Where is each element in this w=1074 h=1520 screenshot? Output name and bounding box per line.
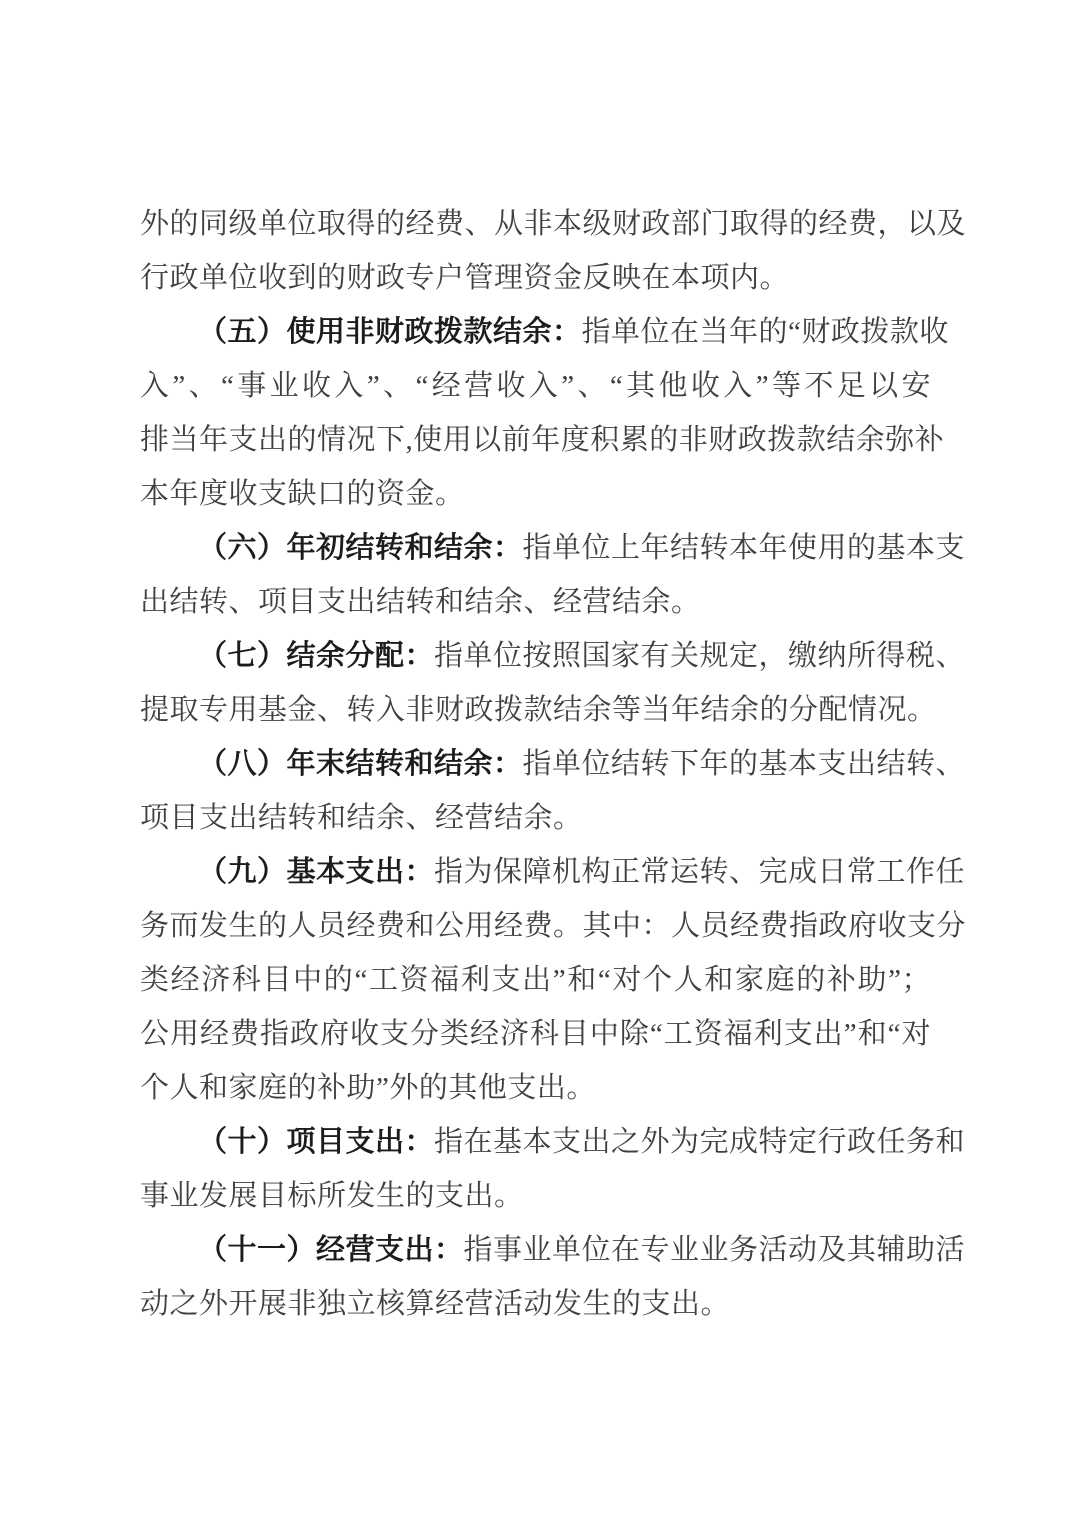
text-line-19: 事业发展目标所发生的支出。 (140, 1169, 931, 1223)
body-text-segment: 指单位在当年的“财政拨款收 (582, 316, 949, 348)
text-line-14: 务而发生的人员经费和公用经费。其中：人员经费指政府收支分 (140, 899, 931, 953)
body-text-segment: 类经济科目中的“工资福利支出”和“对个人和家庭的补助”； (140, 964, 931, 996)
body-text-segment: 动之外开展非独立核算经营活动发生的支出。 (140, 1288, 730, 1320)
text-line-1: 外的同级单位取得的经费、从非本级财政部门取得的经费，以及 (140, 197, 931, 251)
text-line-21: 动之外开展非独立核算经营活动发生的支出。 (140, 1277, 931, 1331)
item-heading-segment: （十）项目支出： (198, 1126, 434, 1158)
body-text-segment: 指事业单位在专业业务活动及其辅助活 (464, 1234, 966, 1266)
text-line-10: 提取专用基金、转入非财政拨款结余等当年结余的分配情况。 (140, 683, 931, 737)
text-line-3: （五）使用非财政拨款结余：指单位在当年的“财政拨款收 (140, 305, 931, 359)
document-page: 外的同级单位取得的经费、从非本级财政部门取得的经费，以及行政单位收到的财政专户管… (0, 0, 1074, 1520)
text-line-20: （十一）经营支出：指事业单位在专业业务活动及其辅助活 (140, 1223, 931, 1277)
body-text-segment: 事业发展目标所发生的支出。 (140, 1180, 524, 1212)
text-line-8: 出结转、项目支出结转和结余、经营结余。 (140, 575, 931, 629)
text-line-4: 入”、“事业收入”、“经营收入”、“其他收入”等不足以安 (140, 359, 931, 413)
body-text-segment: 项目支出结转和结余、经营结余。 (140, 802, 583, 834)
body-text-segment: 指单位按照国家有关规定，缴纳所得税、 (434, 640, 965, 672)
text-line-15: 类经济科目中的“工资福利支出”和“对个人和家庭的补助”； (140, 953, 931, 1007)
body-text-segment: 提取专用基金、转入非财政拨款结余等当年结余的分配情况。 (140, 694, 937, 726)
body-text-segment: 个人和家庭的补助”外的其他支出。 (140, 1072, 596, 1104)
body-text-segment: 入”、“事业收入”、“经营收入”、“其他收入”等不足以安 (140, 370, 931, 402)
text-line-5: 排当年支出的情况下,使用以前年度积累的非财政拨款结余弥补 (140, 413, 931, 467)
text-line-7: （六）年初结转和结余：指单位上年结转本年使用的基本支 (140, 521, 931, 575)
body-text-segment: 行政单位收到的财政专户管理资金反映在本项内。 (140, 262, 789, 294)
body-text-segment: 公用经费指政府收支分类经济科目中除“工资福利支出”和“对 (140, 1018, 931, 1050)
text-line-11: （八）年末结转和结余：指单位结转下年的基本支出结转、 (140, 737, 931, 791)
body-text-segment: 指在基本支出之外为完成特定行政任务和 (434, 1126, 965, 1158)
item-heading-segment: （八）年末结转和结余： (198, 748, 523, 780)
body-text-segment: 指单位上年结转本年使用的基本支 (523, 532, 966, 564)
body-text-segment: 指为保障机构正常运转、完成日常工作任 (434, 856, 965, 888)
item-heading-segment: （十一）经营支出： (198, 1234, 464, 1266)
body-text-segment: 外的同级单位取得的经费、从非本级财政部门取得的经费，以及 (140, 208, 966, 240)
item-heading-segment: （六）年初结转和结余： (198, 532, 523, 564)
item-heading-segment: （九）基本支出： (198, 856, 434, 888)
body-text-segment: 出结转、项目支出结转和结余、经营结余。 (140, 586, 701, 618)
text-line-18: （十）项目支出：指在基本支出之外为完成特定行政任务和 (140, 1115, 931, 1169)
text-line-6: 本年度收支缺口的资金。 (140, 467, 931, 521)
text-line-16: 公用经费指政府收支分类经济科目中除“工资福利支出”和“对 (140, 1007, 931, 1061)
text-line-17: 个人和家庭的补助”外的其他支出。 (140, 1061, 931, 1115)
text-line-9: （七）结余分配：指单位按照国家有关规定，缴纳所得税、 (140, 629, 931, 683)
body-text-segment: 本年度收支缺口的资金。 (140, 478, 465, 510)
item-heading-segment: （五）使用非财政拨款结余： (198, 316, 582, 348)
document-text-block: 外的同级单位取得的经费、从非本级财政部门取得的经费，以及行政单位收到的财政专户管… (140, 197, 931, 1331)
text-line-13: （九）基本支出：指为保障机构正常运转、完成日常工作任 (140, 845, 931, 899)
body-text-segment: 指单位结转下年的基本支出结转、 (523, 748, 966, 780)
body-text-segment: 务而发生的人员经费和公用经费。其中：人员经费指政府收支分 (140, 910, 966, 942)
text-line-12: 项目支出结转和结余、经营结余。 (140, 791, 931, 845)
item-heading-segment: （七）结余分配： (198, 640, 434, 672)
body-text-segment: 排当年支出的情况下,使用以前年度积累的非财政拨款结余弥补 (140, 424, 944, 456)
text-line-2: 行政单位收到的财政专户管理资金反映在本项内。 (140, 251, 931, 305)
